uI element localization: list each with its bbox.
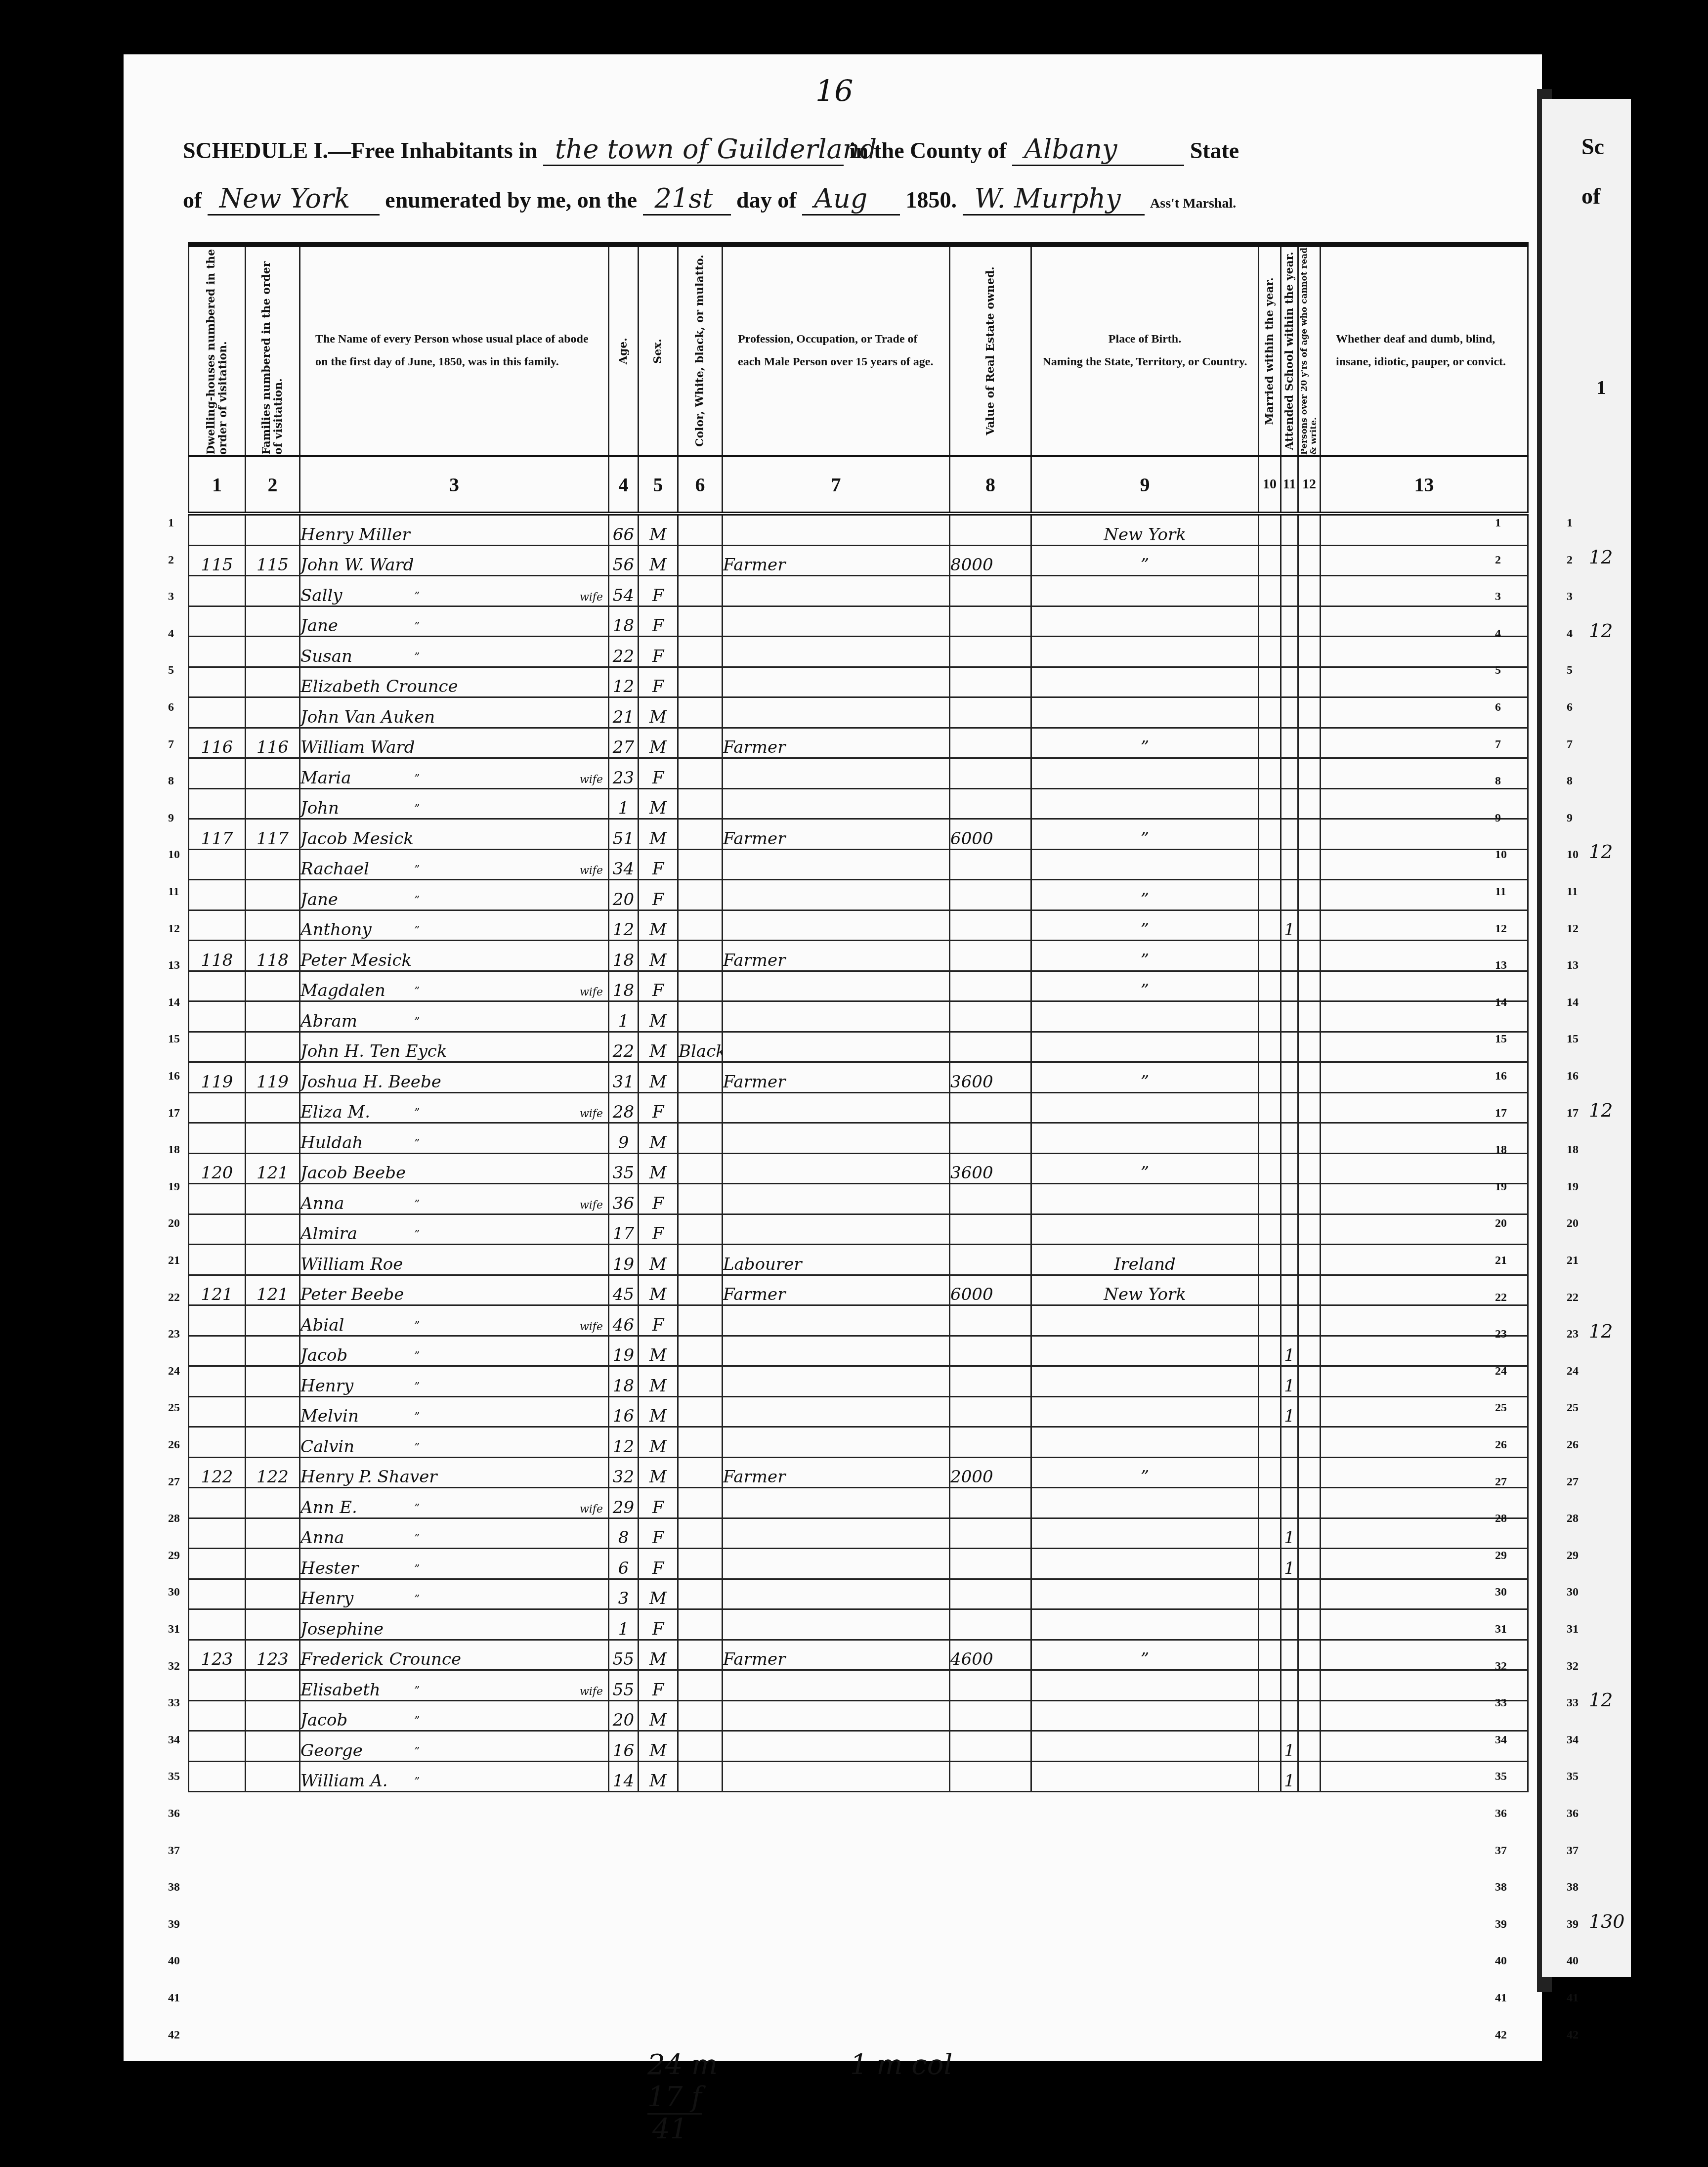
adjacent-dwelling-number: 12 bbox=[1589, 1689, 1613, 1711]
cell-value bbox=[950, 576, 1031, 607]
line-number: 9 bbox=[168, 812, 174, 825]
adjacent-line-number: 3 bbox=[1567, 590, 1573, 604]
cell-color bbox=[678, 1366, 723, 1397]
cell-name: Henry” bbox=[300, 1366, 609, 1397]
cell-illiterate bbox=[1298, 514, 1321, 545]
cell-married bbox=[1259, 819, 1281, 850]
line-number: 13 bbox=[168, 959, 180, 972]
cell-family bbox=[246, 1761, 300, 1792]
col-number: 4 bbox=[609, 456, 639, 514]
line-number: 6 bbox=[168, 701, 174, 714]
col-number: 11 bbox=[1281, 456, 1298, 514]
cell-dwelling bbox=[189, 1001, 246, 1032]
cell-sex: M bbox=[639, 1245, 678, 1275]
cell-age: 9 bbox=[609, 1123, 639, 1154]
cell-birthplace bbox=[1031, 606, 1259, 637]
cell-illiterate bbox=[1298, 849, 1321, 880]
cell-dwelling bbox=[189, 1396, 246, 1427]
table-row: Eliza M.”wife28F bbox=[189, 1092, 1528, 1123]
person-name: Rachael bbox=[300, 859, 369, 879]
cell-name: Eliza M.”wife bbox=[300, 1092, 609, 1123]
cell-color bbox=[678, 1214, 723, 1245]
person-name: Maria bbox=[300, 768, 351, 788]
cell-value: 4600 bbox=[950, 1640, 1031, 1670]
cell-illiterate bbox=[1298, 1153, 1321, 1184]
cell-condition bbox=[1321, 637, 1528, 667]
cell-married bbox=[1259, 1184, 1281, 1214]
cell-birthplace bbox=[1031, 1184, 1259, 1214]
cell-occupation: Farmer bbox=[723, 545, 950, 576]
adjacent-line-number: 15 bbox=[1567, 1033, 1579, 1046]
cell-name: Jacob Mesick bbox=[300, 819, 609, 850]
cell-school bbox=[1281, 1062, 1298, 1093]
line-number-right: 20 bbox=[1495, 1217, 1507, 1230]
line-number-right: 17 bbox=[1495, 1107, 1507, 1120]
cell-sex: F bbox=[639, 1609, 678, 1640]
cell-married bbox=[1259, 1518, 1281, 1549]
cell-name: Sally”wife bbox=[300, 576, 609, 607]
line-number: 5 bbox=[168, 664, 174, 677]
cell-name: Huldah” bbox=[300, 1123, 609, 1154]
table-row: Abram”1M bbox=[189, 1001, 1528, 1032]
cell-school bbox=[1281, 1670, 1298, 1701]
person-name: William A. bbox=[300, 1771, 388, 1791]
cell-value bbox=[950, 1549, 1031, 1579]
person-name: John bbox=[300, 798, 339, 818]
cell-age: 20 bbox=[609, 880, 639, 910]
adjacent-line-number: 8 bbox=[1567, 775, 1573, 788]
cell-dwelling bbox=[189, 788, 246, 819]
cell-name: Ann E.”wife bbox=[300, 1488, 609, 1518]
person-name: George bbox=[300, 1741, 363, 1761]
cell-occupation: Farmer bbox=[723, 941, 950, 971]
cell-age: 16 bbox=[609, 1731, 639, 1762]
person-name: Abram bbox=[300, 1011, 357, 1031]
adjacent-line-number: 27 bbox=[1567, 1475, 1579, 1489]
cell-family bbox=[246, 1336, 300, 1366]
cell-married bbox=[1259, 545, 1281, 576]
cell-family bbox=[246, 1184, 300, 1214]
line-number: 26 bbox=[168, 1438, 180, 1452]
cell-family: 123 bbox=[246, 1640, 300, 1670]
cell-dwelling: 118 bbox=[189, 941, 246, 971]
cell-illiterate bbox=[1298, 1032, 1321, 1062]
col-number: 12 bbox=[1298, 456, 1321, 514]
cell-name: Magdalen”wife bbox=[300, 971, 609, 1001]
cell-married bbox=[1259, 1336, 1281, 1366]
cell-occupation bbox=[723, 1123, 950, 1154]
town-field: the town of Guilderland bbox=[543, 133, 844, 166]
cell-illiterate bbox=[1298, 1700, 1321, 1731]
cell-married bbox=[1259, 1761, 1281, 1792]
cell-married bbox=[1259, 697, 1281, 728]
col-number: 2 bbox=[246, 456, 300, 514]
cell-age: 45 bbox=[609, 1275, 639, 1305]
line-number: 19 bbox=[168, 1180, 180, 1194]
cell-name: Anna” bbox=[300, 1518, 609, 1549]
adjacent-dwelling-number: 12 bbox=[1589, 841, 1613, 863]
cell-married bbox=[1259, 1245, 1281, 1275]
line-number-right: 12 bbox=[1495, 922, 1507, 936]
cell-family bbox=[246, 1427, 300, 1458]
person-name: Joshua H. Beebe bbox=[300, 1072, 441, 1092]
cell-value bbox=[950, 1609, 1031, 1640]
line-number: 14 bbox=[168, 996, 180, 1009]
cell-school bbox=[1281, 849, 1298, 880]
cell-age: 56 bbox=[609, 545, 639, 576]
cell-school bbox=[1281, 728, 1298, 758]
col-number: 10 bbox=[1259, 456, 1281, 514]
adjacent-line-number: 20 bbox=[1567, 1217, 1579, 1230]
line-number: 16 bbox=[168, 1070, 180, 1083]
cell-birthplace bbox=[1031, 1366, 1259, 1397]
cell-dwelling bbox=[189, 1092, 246, 1123]
cell-illiterate bbox=[1298, 545, 1321, 576]
col-sex-header: Sex. bbox=[639, 245, 678, 456]
ditto-mark: ” bbox=[414, 803, 420, 815]
cell-married bbox=[1259, 1214, 1281, 1245]
adjacent-line-number: 31 bbox=[1567, 1623, 1579, 1636]
cell-illiterate bbox=[1298, 788, 1321, 819]
line-number: 41 bbox=[168, 1992, 180, 2005]
line-number: 42 bbox=[168, 2029, 180, 2042]
cell-illiterate bbox=[1298, 1275, 1321, 1305]
line-number: 32 bbox=[168, 1660, 180, 1673]
cell-dwelling bbox=[189, 697, 246, 728]
ditto-mark: ” bbox=[414, 1137, 420, 1150]
line-number-right: 24 bbox=[1495, 1365, 1507, 1378]
cell-name: Anthony” bbox=[300, 910, 609, 941]
cell-family bbox=[246, 1092, 300, 1123]
cell-dwelling bbox=[189, 514, 246, 545]
cell-school bbox=[1281, 880, 1298, 910]
cell-sex: M bbox=[639, 1579, 678, 1609]
line-number-right: 4 bbox=[1495, 627, 1501, 641]
page-number: 16 bbox=[815, 74, 853, 109]
cell-sex: F bbox=[639, 1214, 678, 1245]
cell-dwelling bbox=[189, 1700, 246, 1731]
cell-married bbox=[1259, 1579, 1281, 1609]
person-name: Henry bbox=[300, 1589, 353, 1608]
cell-age: 14 bbox=[609, 1761, 639, 1792]
table-row: Ann E.”wife29F bbox=[189, 1488, 1528, 1518]
cell-family bbox=[246, 971, 300, 1001]
col-real-estate-header: Value of Real Estate owned. bbox=[950, 245, 1031, 456]
cell-married bbox=[1259, 1305, 1281, 1336]
cell-illiterate bbox=[1298, 758, 1321, 789]
cell-dwelling bbox=[189, 1761, 246, 1792]
cell-illiterate bbox=[1298, 1427, 1321, 1458]
person-name: William Ward bbox=[300, 737, 415, 757]
cell-married bbox=[1259, 606, 1281, 637]
table-row: William A.”14M1 bbox=[189, 1761, 1528, 1792]
cell-sex: M bbox=[639, 1427, 678, 1458]
cell-illiterate bbox=[1298, 910, 1321, 941]
cell-occupation bbox=[723, 1488, 950, 1518]
table-row: Henry”3M bbox=[189, 1579, 1528, 1609]
cell-color bbox=[678, 1670, 723, 1701]
cell-sex: M bbox=[639, 1700, 678, 1731]
of-label: of bbox=[183, 187, 202, 213]
cell-illiterate bbox=[1298, 1092, 1321, 1123]
cell-sex: F bbox=[639, 758, 678, 789]
line-number-right: 23 bbox=[1495, 1328, 1507, 1341]
cell-family bbox=[246, 880, 300, 910]
cell-color bbox=[678, 788, 723, 819]
adjacent-line-number: 10 bbox=[1567, 848, 1579, 862]
cell-married bbox=[1259, 1457, 1281, 1488]
cell-color bbox=[678, 667, 723, 697]
month-field: Aug bbox=[802, 183, 900, 216]
cell-dwelling bbox=[189, 667, 246, 697]
cell-value bbox=[950, 1396, 1031, 1427]
line-number: 15 bbox=[168, 1033, 180, 1046]
cell-color bbox=[678, 1123, 723, 1154]
cell-dwelling bbox=[189, 1214, 246, 1245]
cell-school: 1 bbox=[1281, 1761, 1298, 1792]
cell-occupation bbox=[723, 758, 950, 789]
cell-occupation bbox=[723, 1761, 950, 1792]
tally-note: 1 m col bbox=[850, 2049, 952, 2081]
cell-value bbox=[950, 667, 1031, 697]
cell-school bbox=[1281, 576, 1298, 607]
cell-dwelling bbox=[189, 1670, 246, 1701]
cell-sex: M bbox=[639, 1731, 678, 1762]
cell-school: 1 bbox=[1281, 1366, 1298, 1397]
adjacent-line-number: 42 bbox=[1567, 2029, 1579, 2042]
census-table: Dwelling-houses numbered in the order of… bbox=[188, 242, 1529, 1792]
cell-school bbox=[1281, 1609, 1298, 1640]
line-number: 37 bbox=[168, 1844, 180, 1858]
person-name: Ann E. bbox=[300, 1498, 357, 1517]
person-name: Calvin bbox=[300, 1437, 354, 1457]
cell-married bbox=[1259, 788, 1281, 819]
cell-birthplace: ” bbox=[1031, 1062, 1259, 1093]
adjacent-dwelling-number: 12 bbox=[1589, 620, 1613, 642]
table-row: Josephine1F bbox=[189, 1609, 1528, 1640]
cell-value bbox=[950, 1488, 1031, 1518]
cell-name: William Ward bbox=[300, 728, 609, 758]
line-number-right: 35 bbox=[1495, 1770, 1507, 1783]
cell-family bbox=[246, 788, 300, 819]
cell-illiterate bbox=[1298, 1549, 1321, 1579]
cell-school bbox=[1281, 1427, 1298, 1458]
cell-name: Jacob” bbox=[300, 1700, 609, 1731]
cell-color bbox=[678, 514, 723, 545]
table-row: Jane”18F bbox=[189, 606, 1528, 637]
cell-age: 54 bbox=[609, 576, 639, 607]
cell-name: Susan” bbox=[300, 637, 609, 667]
cell-birthplace bbox=[1031, 1214, 1259, 1245]
line-number-right: 3 bbox=[1495, 590, 1501, 604]
cell-color bbox=[678, 1518, 723, 1549]
cell-sex: F bbox=[639, 1518, 678, 1549]
person-name: William Roe bbox=[300, 1255, 403, 1274]
cell-birthplace: Ireland bbox=[1031, 1245, 1259, 1275]
cell-age: 32 bbox=[609, 1457, 639, 1488]
cell-value bbox=[950, 910, 1031, 941]
relation-note: wife bbox=[580, 1503, 603, 1516]
cell-occupation bbox=[723, 910, 950, 941]
cell-school bbox=[1281, 1032, 1298, 1062]
cell-school bbox=[1281, 1214, 1298, 1245]
cell-age: 22 bbox=[609, 637, 639, 667]
cell-age: 66 bbox=[609, 514, 639, 545]
person-name: Anna bbox=[300, 1194, 344, 1214]
adjacent-line-number: 4 bbox=[1567, 627, 1573, 641]
cell-sex: M bbox=[639, 1123, 678, 1154]
adjacent-dwelling-number: 12 bbox=[1589, 1320, 1613, 1342]
cell-occupation bbox=[723, 637, 950, 667]
person-name: John W. Ward bbox=[300, 555, 414, 575]
cell-family bbox=[246, 849, 300, 880]
table-row: 117117Jacob Mesick51MFarmer6000” bbox=[189, 819, 1528, 850]
cell-married bbox=[1259, 1609, 1281, 1640]
cell-sex: M bbox=[639, 1640, 678, 1670]
line-number-right: 38 bbox=[1495, 1881, 1507, 1894]
table-row: 121121Peter Beebe45MFarmer6000New York bbox=[189, 1275, 1528, 1305]
line-number-right: 22 bbox=[1495, 1291, 1507, 1304]
adjacent-line-number: 14 bbox=[1567, 996, 1579, 1009]
cell-birthplace bbox=[1031, 1336, 1259, 1366]
cell-name: Maria”wife bbox=[300, 758, 609, 789]
adjacent-line-number: 29 bbox=[1567, 1549, 1579, 1562]
cell-age: 20 bbox=[609, 1700, 639, 1731]
line-number: 1 bbox=[168, 517, 174, 530]
enumerated-label: enumerated by me, on the bbox=[385, 187, 637, 213]
cell-color bbox=[678, 1305, 723, 1336]
cell-sex: M bbox=[639, 1457, 678, 1488]
adjacent-line-number: 19 bbox=[1567, 1180, 1579, 1194]
col-number: 6 bbox=[678, 456, 723, 514]
cell-dwelling bbox=[189, 1245, 246, 1275]
table-row: John Van Auken21M bbox=[189, 697, 1528, 728]
cell-illiterate bbox=[1298, 1396, 1321, 1427]
cell-dwelling bbox=[189, 910, 246, 941]
line-number: 38 bbox=[168, 1881, 180, 1894]
cell-age: 18 bbox=[609, 606, 639, 637]
person-name: Henry bbox=[300, 1376, 353, 1396]
cell-occupation bbox=[723, 1700, 950, 1731]
cell-dwelling bbox=[189, 1579, 246, 1609]
adjacent-line-number: 36 bbox=[1567, 1807, 1579, 1820]
table-row: 115115John W. Ward56MFarmer8000” bbox=[189, 545, 1528, 576]
cell-age: 1 bbox=[609, 1609, 639, 1640]
person-name: Magdalen bbox=[300, 981, 385, 1000]
cell-family bbox=[246, 514, 300, 545]
adjacent-dwelling-number: 130 bbox=[1589, 1910, 1625, 1932]
adjacent-line-number: 37 bbox=[1567, 1844, 1579, 1858]
table-row: Calvin”12M bbox=[189, 1427, 1528, 1458]
adjacent-line-number: 40 bbox=[1567, 1954, 1579, 1968]
cell-sex: M bbox=[639, 941, 678, 971]
cell-sex: M bbox=[639, 788, 678, 819]
column-numbers: 1 2 3 4 5 6 7 8 9 10 11 12 13 bbox=[189, 456, 1528, 514]
cell-school bbox=[1281, 1275, 1298, 1305]
adjacent-line-number: 38 bbox=[1567, 1881, 1579, 1894]
cell-school bbox=[1281, 545, 1298, 576]
cell-color bbox=[678, 819, 723, 850]
cell-age: 23 bbox=[609, 758, 639, 789]
cell-married bbox=[1259, 971, 1281, 1001]
cell-sex: F bbox=[639, 971, 678, 1001]
cell-occupation bbox=[723, 1001, 950, 1032]
ditto-mark: ” bbox=[414, 1532, 420, 1545]
cell-family: 119 bbox=[246, 1062, 300, 1093]
cell-illiterate bbox=[1298, 819, 1321, 850]
table-row: Sally”wife54F bbox=[189, 576, 1528, 607]
cell-value bbox=[950, 941, 1031, 971]
cell-birthplace: ” bbox=[1031, 545, 1259, 576]
cell-value bbox=[950, 1214, 1031, 1245]
cell-name: Melvin” bbox=[300, 1396, 609, 1427]
cell-illiterate bbox=[1298, 1062, 1321, 1093]
cell-married bbox=[1259, 1153, 1281, 1184]
cell-married bbox=[1259, 1092, 1281, 1123]
cell-dwelling: 119 bbox=[189, 1062, 246, 1093]
table-row: Susan”22F bbox=[189, 637, 1528, 667]
cell-age: 31 bbox=[609, 1062, 639, 1093]
cell-color bbox=[678, 1457, 723, 1488]
adjacent-line-number: 26 bbox=[1567, 1438, 1579, 1452]
line-number: 25 bbox=[168, 1401, 180, 1415]
ditto-mark: ” bbox=[414, 1745, 420, 1758]
cell-school bbox=[1281, 819, 1298, 850]
cell-name: Henry” bbox=[300, 1579, 609, 1609]
line-number-right: 2 bbox=[1495, 554, 1501, 567]
cell-sex: F bbox=[639, 667, 678, 697]
cell-illiterate bbox=[1298, 971, 1321, 1001]
cell-illiterate bbox=[1298, 667, 1321, 697]
table-row: 118118Peter Mesick18MFarmer” bbox=[189, 941, 1528, 971]
census-rows: Henry Miller66MNew York115115John W. War… bbox=[189, 514, 1528, 1792]
col-school-header: Attended School within the year. bbox=[1281, 245, 1298, 456]
cell-color bbox=[678, 1153, 723, 1184]
cell-occupation bbox=[723, 1670, 950, 1701]
adjacent-col-number: 1 bbox=[1596, 376, 1606, 399]
cell-sex: M bbox=[639, 1761, 678, 1792]
table-row: Elizabeth Crounce12F bbox=[189, 667, 1528, 697]
cell-school bbox=[1281, 1457, 1298, 1488]
cell-school bbox=[1281, 788, 1298, 819]
line-number-right: 36 bbox=[1495, 1807, 1507, 1820]
cell-value bbox=[950, 1761, 1031, 1792]
cell-color: Black bbox=[678, 1032, 723, 1062]
ditto-mark: ” bbox=[414, 651, 420, 663]
cell-married bbox=[1259, 880, 1281, 910]
tally-females: 17 f bbox=[647, 2081, 702, 2115]
line-number-right: 27 bbox=[1495, 1475, 1507, 1489]
cell-birthplace bbox=[1031, 1700, 1259, 1731]
table-row: Rachael”wife34F bbox=[189, 849, 1528, 880]
cell-illiterate bbox=[1298, 1123, 1321, 1154]
cell-occupation bbox=[723, 1549, 950, 1579]
table-row: Almira”17F bbox=[189, 1214, 1528, 1245]
adjacent-line-number: 1 bbox=[1567, 517, 1573, 530]
table-row: 116116William Ward27MFarmer” bbox=[189, 728, 1528, 758]
line-number-right: 7 bbox=[1495, 738, 1501, 751]
cell-value bbox=[950, 728, 1031, 758]
cell-birthplace bbox=[1031, 1427, 1259, 1458]
adjacent-header-1: Sc bbox=[1581, 133, 1604, 160]
cell-occupation bbox=[723, 971, 950, 1001]
cell-dwelling bbox=[189, 1731, 246, 1762]
cell-birthplace bbox=[1031, 667, 1259, 697]
cell-dwelling bbox=[189, 1366, 246, 1397]
cell-occupation bbox=[723, 1609, 950, 1640]
line-number: 31 bbox=[168, 1623, 180, 1636]
cell-value: 6000 bbox=[950, 819, 1031, 850]
